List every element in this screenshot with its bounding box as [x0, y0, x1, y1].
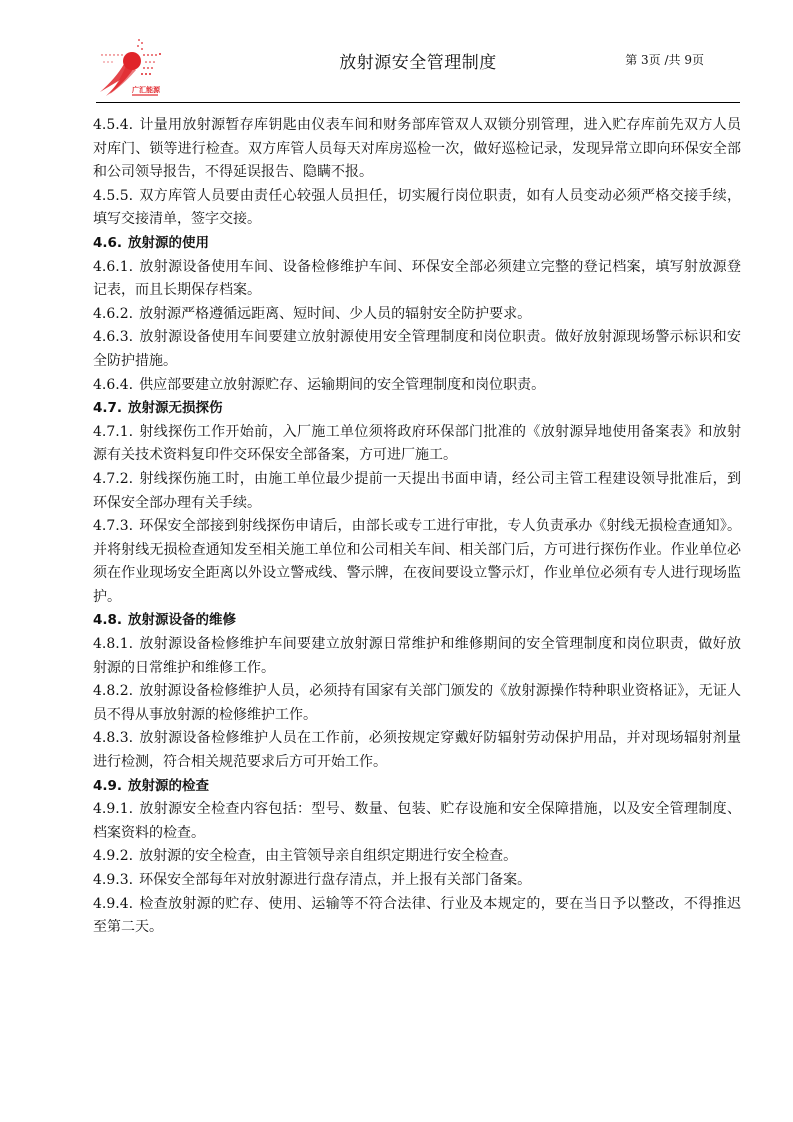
- clause-number: 4.6.3.: [93, 329, 133, 345]
- clause-paragraph: 4.9.1.放射源安全检查内容包括：型号、数量、包装、贮存设施和安全保障措施，以…: [93, 798, 741, 845]
- clause-number: 4.8.3.: [93, 730, 133, 746]
- clause-number: 4.8.: [93, 612, 122, 628]
- section-heading: 4.8.放射源设备的维修: [93, 609, 741, 633]
- clause-paragraph: 4.6.3.放射源设备使用车间要建立放射源使用安全管理制度和岗位职责。做好放射源…: [93, 326, 741, 373]
- clause-number: 4.9.: [93, 778, 122, 794]
- clause-paragraph: 4.8.1.放射源设备检修维护车间要建立放射源日常维护和维修期间的安全管理制度和…: [93, 633, 741, 680]
- clause-text: 放射源的检查: [128, 778, 209, 794]
- clause-number: 4.6.2.: [93, 306, 133, 322]
- clause-text: 供应部要建立放射源贮存、运输期间的安全管理制度和岗位职责。: [139, 377, 545, 393]
- clause-number: 4.9.4.: [93, 896, 133, 912]
- clause-number: 4.6.: [93, 235, 122, 251]
- clause-paragraph: 4.8.3.放射源设备检修维护人员在工作前，必须按规定穿戴好防辐射劳动保护用品，…: [93, 727, 741, 774]
- clause-number: 4.8.2.: [93, 683, 133, 699]
- clause-text: 计量用放射源暂存库钥匙由仪表车间和财务部库管双人双锁分别管理，进入贮存库前先双方…: [93, 117, 741, 180]
- clause-text: 放射源设备检修维护人员在工作前，必须按规定穿戴好防辐射劳动保护用品，并对现场辐射…: [93, 730, 741, 770]
- clause-number: 4.6.4.: [93, 377, 133, 393]
- clause-paragraph: 4.6.2.放射源严格遵循远距离、短时间、少人员的辐射安全防护要求。: [93, 303, 741, 327]
- clause-number: 4.9.2.: [93, 848, 133, 864]
- page-indicator: 第 3页 /共 9页: [625, 51, 704, 68]
- clause-paragraph: 4.9.2.放射源的安全检查，由主管领导亲自组织定期进行安全检查。: [93, 845, 741, 869]
- clause-paragraph: 4.6.1.放射源设备使用车间、设备检修维护车间、环保安全部必须建立完整的登记档…: [93, 256, 741, 303]
- clause-paragraph: 4.7.1.射线探伤工作开始前，入厂施工单位须将政府环保部门批准的《放射源异地使…: [93, 421, 741, 468]
- clause-number: 4.7.2.: [93, 471, 133, 487]
- clause-paragraph: 4.9.3.环保安全部每年对放射源进行盘存清点，并上报有关部门备案。: [93, 869, 741, 893]
- clause-paragraph: 4.9.4.检查放射源的贮存、使用、运输等不符合法律、行业及本规定的，要在当日予…: [93, 893, 741, 940]
- clause-text: 放射源设备的维修: [128, 612, 236, 628]
- clause-text: 环保安全部每年对放射源进行盘存清点，并上报有关部门备案。: [139, 872, 531, 888]
- clause-text: 放射源设备检修维护人员，必须持有国家有关部门颁发的《放射源操作特种职业资格证》，…: [93, 683, 741, 723]
- page-header: 广汇能源 放射源安全管理制度 第 3页 /共 9页: [96, 36, 740, 103]
- clause-text: 放射源安全检查内容包括：型号、数量、包装、贮存设施和安全保障措施，以及安全管理制…: [93, 801, 741, 841]
- clause-text: 检查放射源的贮存、使用、运输等不符合法律、行业及本规定的，要在当日予以整改，不得…: [93, 896, 741, 936]
- clause-text: 射线探伤施工时，由施工单位最少提前一天提出书面申请，经公司主管工程建设领导批准后…: [93, 471, 741, 511]
- clause-text: 环保安全部接到射线探伤申请后，由部长或专工进行审批，专人负责承办《射线无损检查通…: [93, 518, 741, 605]
- clause-number: 4.8.1.: [93, 636, 133, 652]
- section-heading: 4.7.放射源无损探伤: [93, 397, 741, 421]
- section-heading: 4.9.放射源的检查: [93, 775, 741, 799]
- clause-text: 放射源严格遵循远距离、短时间、少人员的辐射安全防护要求。: [139, 306, 531, 322]
- clause-paragraph: 4.6.4.供应部要建立放射源贮存、运输期间的安全管理制度和岗位职责。: [93, 374, 741, 398]
- clause-number: 4.5.4.: [93, 117, 133, 133]
- clause-number: 4.5.5.: [93, 188, 133, 204]
- section-heading: 4.6.放射源的使用: [93, 232, 741, 256]
- clause-text: 放射源无损探伤: [128, 400, 223, 416]
- clause-number: 4.9.1.: [93, 801, 133, 817]
- clause-text: 放射源的使用: [128, 235, 209, 251]
- clause-text: 射线探伤工作开始前，入厂施工单位须将政府环保部门批准的《放射源异地使用备案表》和…: [93, 424, 741, 464]
- header-divider: [96, 102, 740, 103]
- clause-paragraph: 4.5.4.计量用放射源暂存库钥匙由仪表车间和财务部库管双人双锁分别管理，进入贮…: [93, 114, 741, 185]
- clause-text: 双方库管人员要由责任心较强人员担任，切实履行岗位职责，如有人员变动必须严格交接手…: [93, 188, 741, 228]
- clause-text: 放射源设备使用车间、设备检修维护车间、环保安全部必须建立完整的登记档案，填写射放…: [93, 259, 741, 299]
- clause-paragraph: 4.7.2.射线探伤施工时，由施工单位最少提前一天提出书面申请，经公司主管工程建…: [93, 468, 741, 515]
- clause-paragraph: 4.7.3.环保安全部接到射线探伤申请后，由部长或专工进行审批，专人负责承办《射…: [93, 515, 741, 609]
- clause-text: 放射源设备检修维护车间要建立放射源日常维护和维修期间的安全管理制度和岗位职责，做…: [93, 636, 741, 676]
- clause-number: 4.7.: [93, 400, 122, 416]
- clause-paragraph: 4.8.2.放射源设备检修维护人员，必须持有国家有关部门颁发的《放射源操作特种职…: [93, 680, 741, 727]
- clause-text: 放射源的安全检查，由主管领导亲自组织定期进行安全检查。: [139, 848, 517, 864]
- clause-number: 4.9.3.: [93, 872, 133, 888]
- clause-number: 4.7.1.: [93, 424, 133, 440]
- clause-number: 4.7.3.: [93, 518, 133, 534]
- document-body: 4.5.4.计量用放射源暂存库钥匙由仪表车间和财务部库管双人双锁分别管理，进入贮…: [93, 114, 741, 940]
- svg-text:广汇能源: 广汇能源: [131, 85, 161, 94]
- clause-text: 放射源设备使用车间要建立放射源使用安全管理制度和岗位职责。做好放射源现场警示标识…: [93, 329, 741, 369]
- clause-number: 4.6.1.: [93, 259, 133, 275]
- clause-paragraph: 4.5.5.双方库管人员要由责任心较强人员担任，切实履行岗位职责，如有人员变动必…: [93, 185, 741, 232]
